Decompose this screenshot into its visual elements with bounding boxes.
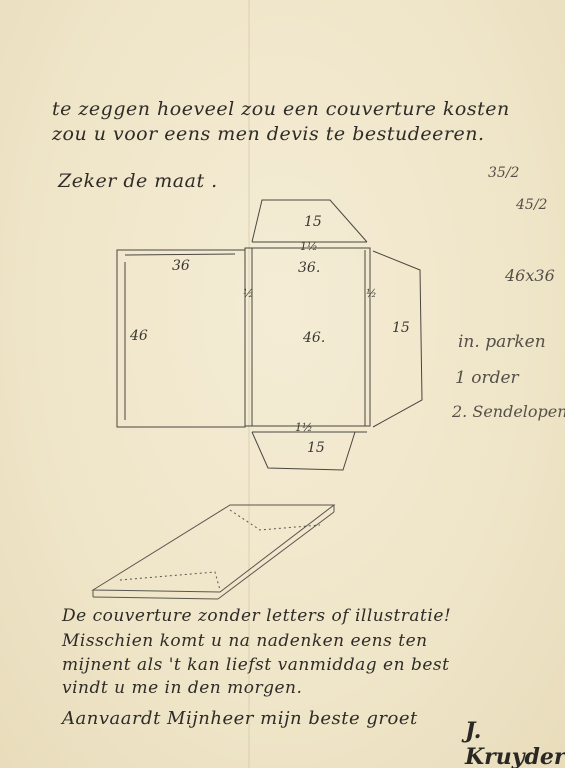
fold-strip-bottom-label: 1½	[295, 421, 313, 434]
closing-line-2: Misschien komt u na nadenken eens ten	[62, 631, 428, 651]
signature: J. Kruyder	[465, 718, 565, 768]
bottom-flap-label: 15	[307, 440, 325, 456]
envelope-net-sketch	[0, 0, 565, 768]
closing-line-4: vindt u me in den morgen.	[62, 678, 302, 698]
side-strip-right-label: ½	[366, 287, 377, 300]
side-strip-left-label: ½	[243, 287, 254, 300]
left-width-label: 36	[172, 258, 190, 274]
right-flap-label: 15	[392, 320, 410, 336]
center-width-label: 36.	[298, 260, 320, 276]
letter-page: te zeggen hoeveel zou een couverture kos…	[0, 0, 565, 768]
center-height-label: 46.	[303, 330, 325, 346]
closing-line-1: De couverture zonder letters of illustra…	[62, 606, 451, 626]
left-height-label: 46	[130, 328, 148, 344]
closing-line-3: mijnent als 't kan liefst vanmiddag en b…	[62, 655, 449, 675]
fold-strip-top-label: 1½	[300, 240, 318, 253]
top-flap-label: 15	[304, 214, 322, 230]
closing-line-5: Aanvaardt Mijnheer mijn beste groet	[62, 708, 418, 729]
